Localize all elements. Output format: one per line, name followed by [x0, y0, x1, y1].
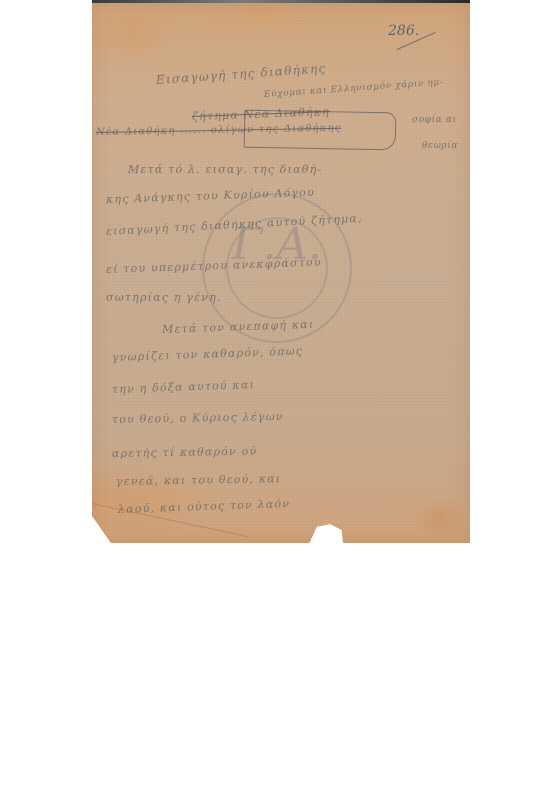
body-line-7: γνωρίζει τον καθαρόν, όπως [112, 344, 304, 364]
body-line-1: Μετά τό λ. εισαγ. της διαθή- [128, 163, 322, 176]
body-line-9: του θεού, ο Κύριος λέγων [112, 410, 284, 426]
margin-note-2: θεωρία [422, 141, 458, 151]
page-number: 286. [388, 23, 419, 39]
manuscript-page: 286. Γ.Α. Εισαγωγή της διαθήκης Εύχομαι … [92, 3, 470, 543]
insertion-line: Εύχομαι και Ελληνισμόν χάριν ημ- [264, 77, 444, 100]
body-line-8: την η δόξα αυτού και [112, 378, 256, 396]
body-line-12: λαού, και ούτος τον λαόν [118, 497, 291, 516]
body-line-10: αρετής τί καθαρόν ού [112, 444, 258, 460]
body-line-11: γενεά, και του θεού, και [116, 472, 282, 488]
strike-outline [244, 110, 397, 151]
title-line: Εισαγωγή της διαθήκης [156, 61, 327, 87]
scan-edge-strip [92, 0, 470, 3]
margin-note-1: σοφία αι [412, 115, 457, 125]
body-line-5: σωτηρίας η γένη. [106, 291, 222, 304]
